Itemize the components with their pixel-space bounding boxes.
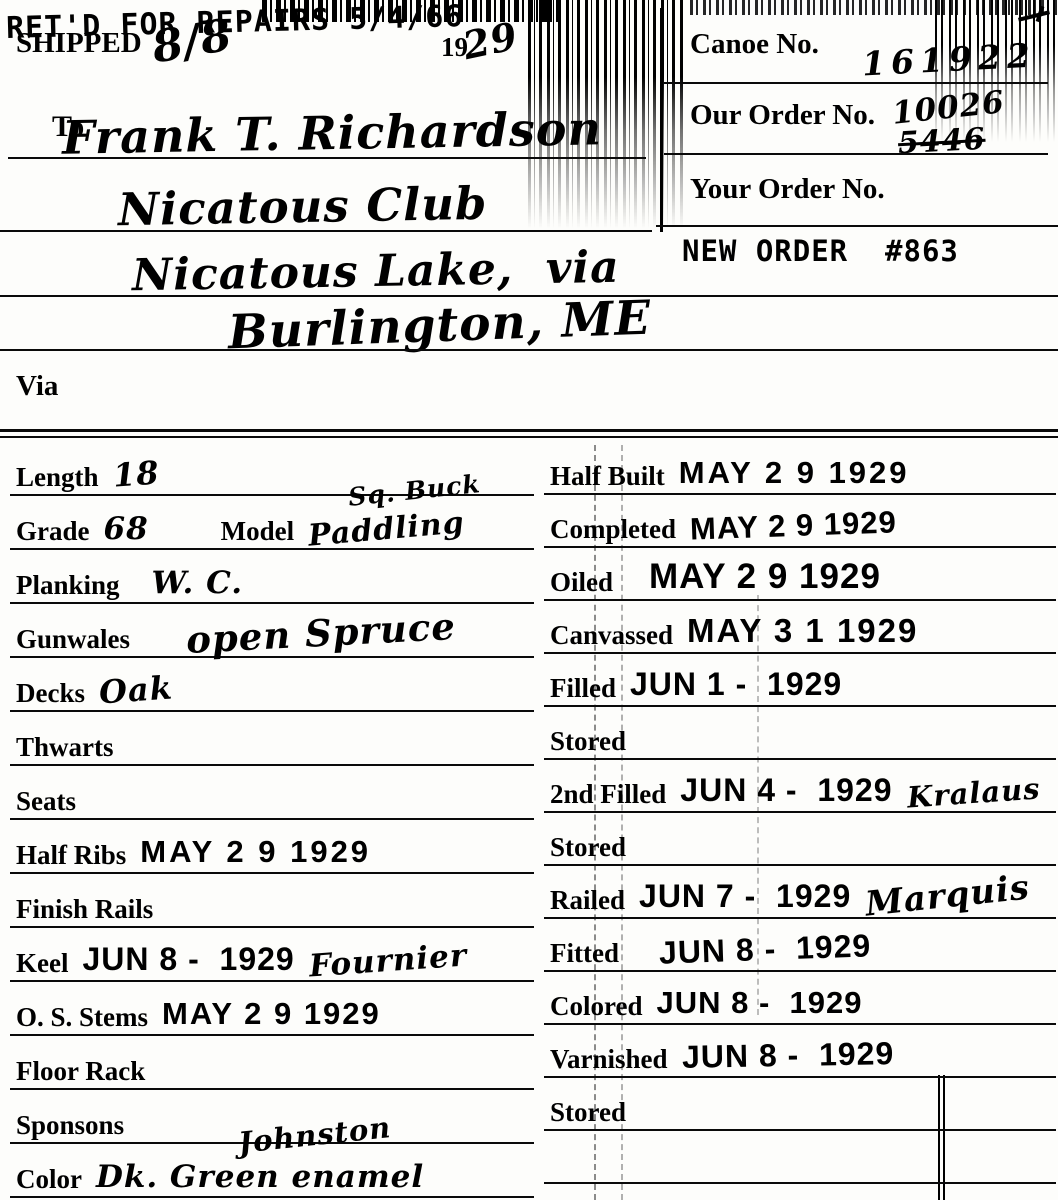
scanner-noise-top-band-right: [690, 0, 1058, 15]
field-label: Gunwales: [16, 624, 130, 655]
field-label: Stored: [550, 726, 626, 757]
handwritten-entry: 18: [111, 453, 160, 494]
your-order-underline: [656, 225, 1058, 227]
field-label: Length: [16, 462, 99, 493]
half-ribs-row: Half RibsMAY 2 9 1929: [10, 820, 534, 874]
keel-row: KeelJUN 8 - 1929Fournier: [10, 928, 534, 982]
address-rule-1: [8, 157, 646, 159]
field-label: Color: [16, 1164, 82, 1195]
empty-row: [544, 1131, 1056, 1184]
field-label: Stored: [550, 832, 626, 863]
field-label: Floor Rack: [16, 1056, 145, 1087]
handwritten-entry: W. C.: [152, 565, 244, 601]
date-stamp: MAY 2 9 1929: [689, 504, 897, 547]
order-panel-divider-line: [660, 8, 663, 232]
date-stamp: MAY 3 1 1929: [687, 612, 918, 650]
field-label: Finish Rails: [16, 894, 153, 925]
fitted-row: FittedJUN 8 - 1929: [544, 919, 1056, 972]
field-label: Half Ribs: [16, 840, 126, 871]
completed-row: CompletedMAY 2 9 1929: [544, 495, 1056, 548]
seats-row: Seats: [10, 766, 534, 820]
date-stamp: JUN 7 - 1929: [639, 878, 851, 915]
handwritten-entry: Dk. Green enamel: [96, 1159, 424, 1195]
date-stamp: MAY 2 9 1929: [679, 455, 910, 491]
your-order-no-label: Your Order No.: [690, 173, 885, 206]
field-label: Sponsons: [16, 1110, 124, 1141]
corner-mark: [1018, 6, 1052, 26]
filled-row: FilledJUN 1 - 1929: [544, 654, 1056, 707]
field-label: Seats: [16, 786, 76, 817]
colored-row: ColoredJUN 8 - 1929: [544, 972, 1056, 1025]
field-label: Planking: [16, 570, 120, 601]
field-label: Colored: [550, 991, 643, 1022]
canvassed-row: CanvassedMAY 3 1 1929: [544, 601, 1056, 654]
date-stamp: JUN 8 - 1929: [657, 985, 863, 1021]
field-label: Model: [221, 516, 295, 547]
field-label: Oiled: [550, 567, 613, 598]
handwritten-entry: open Spruce: [185, 604, 457, 662]
field-label: Canvassed: [550, 620, 673, 651]
stored-row: Stored: [544, 813, 1056, 866]
floor-rack-row: Floor Rack: [10, 1036, 534, 1090]
field-label: Completed: [550, 514, 676, 545]
field-label: Half Built: [550, 461, 665, 492]
field-label: Grade: [16, 516, 90, 547]
railed-row: RailedJUN 7 - 1929Marquis: [544, 866, 1056, 919]
2nd-filled-row: 2nd FilledJUN 4 - 1929Kralaus: [544, 760, 1056, 813]
field-label: 2nd Filled: [550, 779, 666, 810]
via-label: Via: [16, 370, 58, 403]
planking-row: PlankingW. C.: [10, 550, 534, 604]
grade-row: Grade68ModelPaddlingSq. Buck: [10, 496, 534, 550]
address-rule-4: [0, 349, 1058, 351]
field-label: Decks: [16, 678, 85, 709]
our-order-no-label: Our Order No.: [690, 99, 875, 132]
year-handwritten: 29: [459, 13, 522, 68]
address-line-1: Frank T. Richardson: [62, 101, 603, 164]
handwritten-entry: Paddling: [307, 505, 466, 554]
date-stamp: JUN 8 - 1929: [658, 927, 871, 971]
date-stamp: JUN 4 - 1929: [680, 772, 892, 809]
date-stamp: MAY 2 9 1929: [162, 996, 381, 1032]
date-stamp: JUN 1 - 1929: [630, 666, 842, 703]
color-row: ColorDk. Green enamelJohnston: [10, 1144, 534, 1198]
gunwales-row: Gunwalesopen Spruce: [10, 604, 534, 658]
field-label: Railed: [550, 885, 625, 916]
build-dates-column: Half BuiltMAY 2 9 1929CompletedMAY 2 9 1…: [544, 442, 1056, 1184]
thwarts-row: Thwarts: [10, 712, 534, 766]
date-stamp: MAY 2 9 1929: [140, 834, 371, 870]
section-divider-bottom: [0, 436, 1058, 438]
varnished-row: VarnishedJUN 8 - 1929: [544, 1025, 1056, 1078]
half-built-row: Half BuiltMAY 2 9 1929: [544, 442, 1056, 495]
handwritten-entry: Fournier: [308, 938, 468, 985]
o-s-stems-row: O. S. StemsMAY 2 9 1929: [10, 982, 534, 1036]
new-order-stamp: NEW ORDER #863: [682, 234, 959, 268]
shipped-label: SHIPPED: [16, 27, 142, 60]
field-label: Keel: [16, 948, 68, 979]
handwritten-entry: Kralaus: [905, 771, 1041, 814]
specs-column: Length18Grade68ModelPaddlingSq. BuckPlan…: [10, 442, 534, 1198]
field-label: Filled: [550, 673, 616, 704]
address-line-3: Nicatous Lake, via: [132, 242, 620, 302]
finish-rails-row: Finish Rails: [10, 874, 534, 928]
field-label: Stored: [550, 1097, 626, 1128]
stored-row: Stored: [544, 1078, 1056, 1131]
canoe-no-underline: [664, 82, 1048, 84]
decks-row: DecksOak: [10, 658, 534, 712]
canoe-no-value: 161922: [861, 35, 1037, 83]
date-stamp: JUN 8 - 1929: [82, 941, 294, 978]
field-label: Varnished: [550, 1044, 668, 1075]
handwritten-entry: Oak: [98, 668, 174, 711]
date-stamp: MAY 2 9 1929: [649, 557, 881, 597]
field-label: O. S. Stems: [16, 1002, 148, 1033]
handwritten-entry: 68: [104, 511, 149, 547]
stored-row: Stored: [544, 707, 1056, 760]
canoe-no-label: Canoe No.: [690, 28, 819, 61]
our-order-no-crossed-out: 5446: [897, 122, 986, 162]
date-stamp: JUN 8 - 1929: [681, 1035, 894, 1076]
canoe-record-card: RET'D FOR REPAIRS 5/4/66 SHIPPED 8/8 19 …: [0, 0, 1058, 1200]
section-divider-top: [0, 429, 1058, 432]
address-line-2: Nicatous Club: [118, 177, 488, 236]
our-order-underline: [664, 153, 1048, 155]
address-rule-2: [0, 230, 652, 232]
field-label: Thwarts: [16, 732, 114, 763]
field-label: Fitted: [550, 938, 619, 969]
oiled-row: OiledMAY 2 9 1929: [544, 548, 1056, 601]
handwritten-entry: Marquis: [864, 867, 1032, 924]
